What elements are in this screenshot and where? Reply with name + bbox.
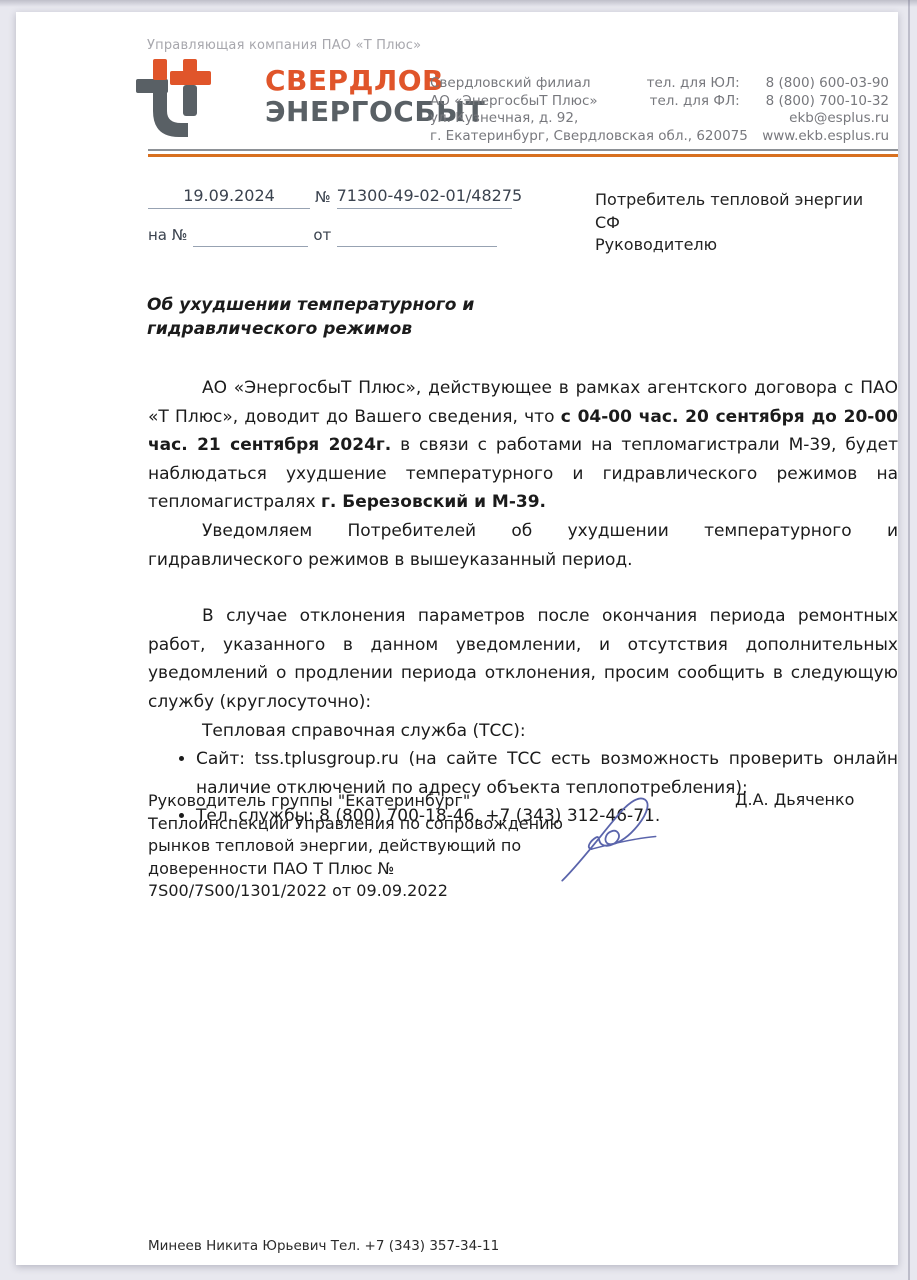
paragraph-deviation: В случае отклонения параметров после око… [148, 602, 898, 716]
phone-value-legal: 8 (800) 600-03-90 [766, 75, 889, 93]
letter-page: Управляющая компания ПАО «Т Плюс» СВЕРДЛ… [16, 12, 898, 1265]
signer-position-line: Руководитель группы "Екатеринбург" [148, 790, 563, 813]
notice-mains-bold: г. Березовский и М-39. [321, 492, 546, 512]
paragraph-notice: АО «ЭнергосбыТ Плюс», действующее в рамк… [148, 374, 898, 517]
recipient-block: Потребитель тепловой энергии СФ Руководи… [595, 189, 863, 257]
email-text: ekb@esplus.ru [647, 110, 889, 128]
number-sign-label: № [310, 188, 337, 209]
letter-date-field: 19.09.2024 [148, 186, 310, 209]
reference-row-date-number: 19.09.2024 № 71300-49-02-01/48275 [148, 186, 512, 209]
tss-heading: Тепловая справочная служба (ТСС): [148, 717, 898, 746]
reference-row-reply: на № от [148, 226, 497, 247]
reply-to-number-label: на № [148, 226, 193, 247]
handwritten-signature [557, 784, 662, 889]
managing-company-line: Управляющая компания ПАО «Т Плюс» [147, 38, 421, 53]
website-text: www.ekb.esplus.ru [647, 128, 889, 146]
header-divider [148, 149, 898, 157]
reply-number-blank-field [193, 243, 308, 247]
executor-contact-line: Минеев Никита Юрьевич Тел. +7 (343) 357-… [148, 1238, 499, 1254]
letter-photo: { "colors": { "brand_orange": "#e0552a",… [0, 0, 917, 1280]
signer-position-block: Руководитель группы "Екатеринбург" Тепло… [148, 790, 563, 903]
phone-label-legal: тел. для ЮЛ: [647, 75, 740, 93]
paragraph-notify-consumers: Уведомляем Потребителей об ухудшении тем… [148, 517, 898, 574]
signer-position-line: доверенности ПАО Т Плюс № [148, 858, 563, 881]
header-contacts-block: тел. для ЮЛ: 8 (800) 600-03-90 тел. для … [647, 75, 889, 145]
phone-label-individual: тел. для ФЛ: [650, 93, 740, 111]
signer-position-line: Теплоинспекции Управления по сопровожден… [148, 813, 563, 836]
signer-position-line: 7S00/7S00/1301/2022 от 09.09.2022 [148, 880, 563, 903]
letter-number-field: 71300-49-02-01/48275 [337, 186, 512, 209]
recipient-line: Руководителю [595, 234, 863, 257]
reply-from-label: от [308, 226, 337, 247]
recipient-line: СФ [595, 212, 863, 235]
signer-position-line: рынков тепловой энергии, действующий по [148, 835, 563, 858]
tplus-logo-icon [135, 59, 213, 141]
reply-date-blank-field [337, 243, 497, 247]
divider-orange-line [148, 154, 898, 157]
recipient-line: Потребитель тепловой энергии [595, 189, 863, 212]
divider-gray-line [148, 149, 898, 151]
letter-body: АО «ЭнергосбыТ Плюс», действующее в рамк… [148, 374, 898, 831]
signer-name: Д.А. Дьяченко [735, 790, 854, 809]
phone-value-individual: 8 (800) 700-10-32 [766, 93, 889, 111]
letter-subject: Об ухудшении температурного и гидравличе… [147, 293, 592, 341]
